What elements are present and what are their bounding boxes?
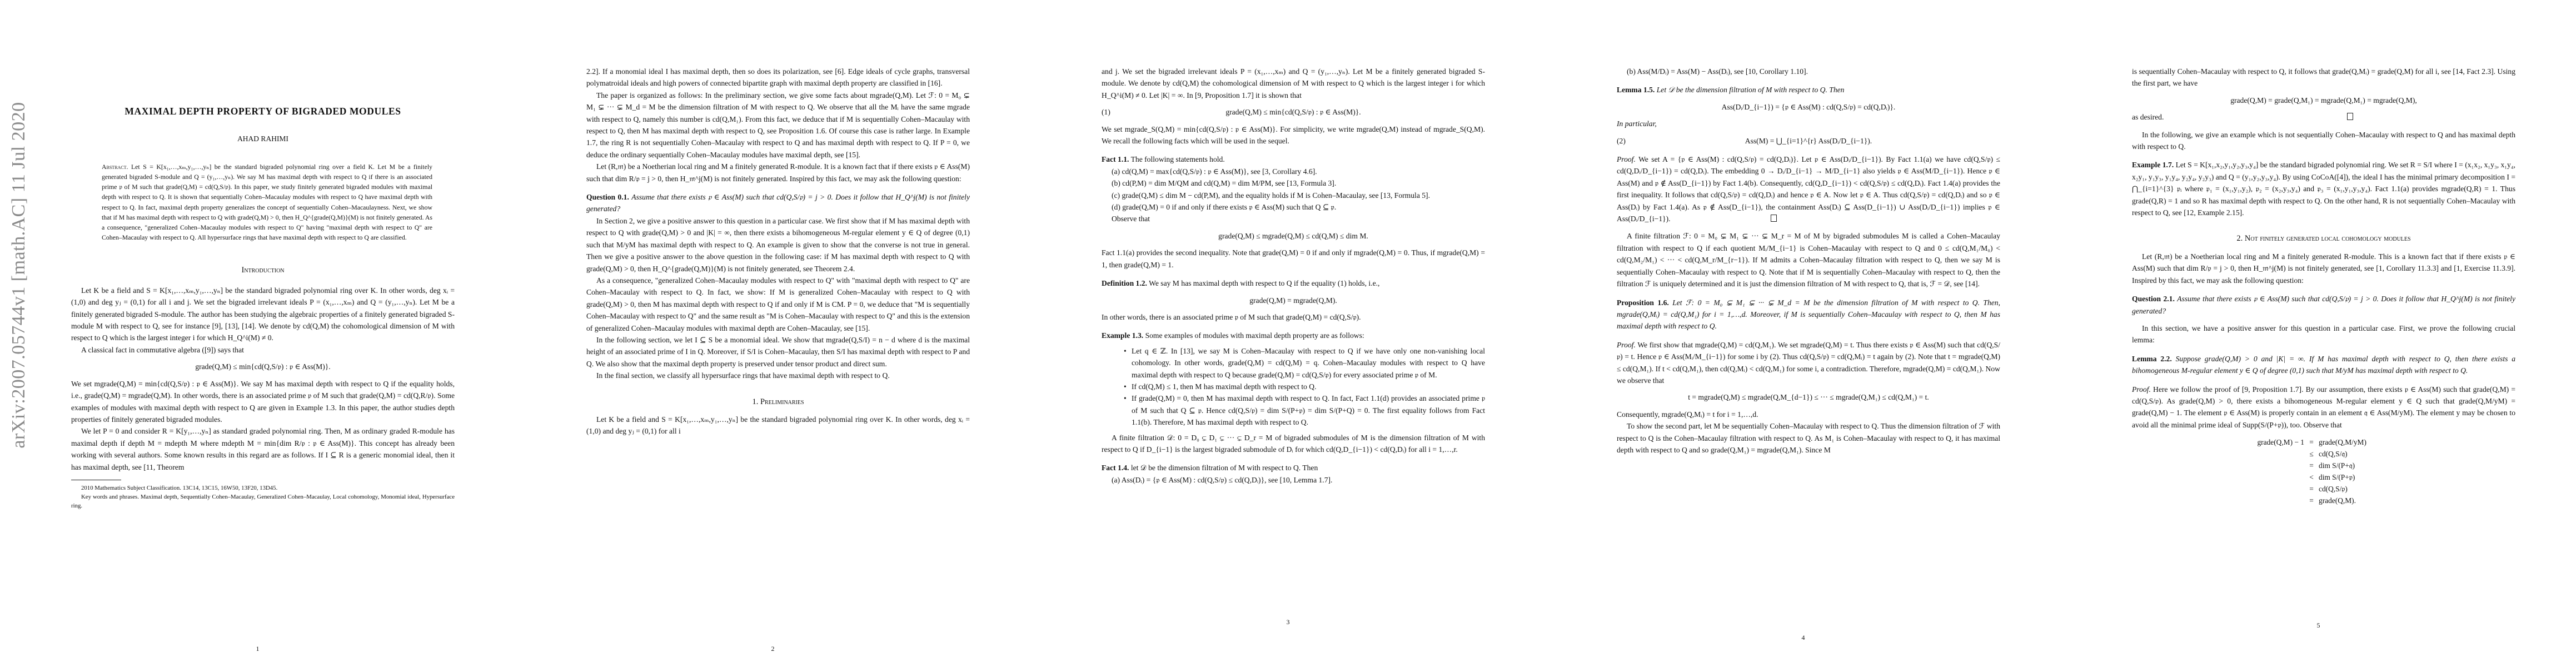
question-0-1: Question 0.1. Assume that there exists 𝔭… (586, 191, 970, 215)
paragraph: In other words, there is an associated p… (1102, 311, 1485, 323)
equation-2: (2)Ass(M) = ⋃_{i=1}^{r} Ass(Dᵢ/D_{i−1}). (1617, 135, 2000, 147)
paragraph: We set mgrade(Q,M) = min{cd(Q,S/𝔭) : 𝔭 ∈… (71, 378, 455, 426)
paragraph: Let (R,𝔪) be a Noetherian local ring and… (2132, 251, 2515, 286)
display-equation: Ass(Dᵢ/D_{i−1}) = {𝔭 ∈ Ass(M) : cd(Q,S/𝔭… (1617, 101, 2000, 113)
question-text: Assume that there exists 𝔭 ∈ Ass(M) such… (586, 193, 970, 213)
page-5: is sequentially Cohen–Macaulay with resp… (2061, 0, 2576, 667)
abstract-label: Abstract. (102, 163, 128, 171)
abstract-text: Let S = K[x₁,…,xₘ,y₁,…,yₙ] be the standa… (102, 163, 432, 241)
display-equation: grade(Q,M) = mgrade(Q,M). (1102, 295, 1485, 306)
page-1-body: MAXIMAL DEPTH PROPERTY OF BIGRADED MODUL… (71, 106, 455, 510)
fact-1-1: Fact 1.1. The following statements hold. (1102, 153, 1485, 165)
page-4: (b) Ass(M/Dᵢ) = Ass(M) − Ass(Dᵢ), see [1… (1546, 0, 2061, 667)
footnote-msc: 2010 Mathematics Subject Classification.… (71, 484, 455, 492)
page-3-body: and j. We set the bigraded irrelevant id… (1102, 66, 1485, 486)
paragraph: A classical fact in commutative algebra … (71, 344, 455, 356)
fact-item-d: (d) grade(Q,M) = 0 if and only if there … (1102, 201, 1485, 213)
paper-title: MAXIMAL DEPTH PROPERTY OF BIGRADED MODUL… (71, 106, 455, 117)
page-number: 4 (1546, 634, 2061, 642)
example-1-7: Example 1.7. Let S = K[x₁,x₂,y₁,y₂,y₃,y₄… (2132, 159, 2515, 218)
paragraph: is sequentially Cohen–Macaulay with resp… (2132, 66, 2515, 89)
paragraph: Consequently, mgrade(Q,Mᵢ) = t for i = 1… (1617, 409, 2000, 420)
paper-author: AHAD RAHIMI (71, 133, 455, 145)
paragraph: In this section, we have a positive answ… (2132, 322, 2515, 346)
paragraph: To show the second part, let M be sequen… (1617, 420, 2000, 456)
paragraph: We let P = 0 and consider R = K[y₁,…,yₙ]… (71, 425, 455, 473)
example-bullet-list: Let q ∈ ℤ. In [13], we say M is Cohen–Ma… (1124, 345, 1485, 429)
equation-number: (1) (1102, 106, 1110, 118)
paragraph: and j. We set the bigraded irrelevant id… (1102, 66, 1485, 101)
footnote-rule (71, 480, 121, 480)
fact-item-b: (b) Ass(M/Dᵢ) = Ass(M) − Ass(Dᵢ), see [1… (1617, 66, 2000, 77)
proof-lemma-2-2: Proof. Here we follow the proof of [9, P… (2132, 384, 2515, 431)
paragraph: Let K be a field and S = K[x₁,…,xₘ,y₁,…,… (71, 285, 455, 344)
fact-1-4: Fact 1.4. let 𝒟 be the dimension filtrat… (1102, 462, 1485, 474)
paragraph: In Section 2, we give a positive answer … (586, 215, 970, 275)
qed-icon (1771, 215, 1777, 222)
bullet-item: If cd(Q,M) ≤ 1, then M has maximal depth… (1124, 381, 1485, 392)
display-equation: grade(Q,M) ≤ min{cd(Q,S/𝔭) : 𝔭 ∈ Ass(M)}… (71, 361, 455, 372)
example-1-3: Example 1.3. Some examples of modules wi… (1102, 330, 1485, 341)
page-2-body: 2.2]. If a monomial ideal I has maximal … (586, 66, 970, 437)
section-heading-2: 2. Not finitely generated local cohomolo… (2132, 233, 2515, 245)
page-number: 3 (1030, 618, 1546, 626)
abstract: Abstract. Let S = K[x₁,…,xₘ,y₁,…,yₙ] be … (102, 162, 432, 243)
bullet-item: If grade(Q,M) = 0, then M has maximal de… (1124, 392, 1485, 428)
page-4-body: (b) Ass(M/Dᵢ) = Ass(M) − Ass(Dᵢ), see [1… (1617, 66, 2000, 456)
aligned-equations: grade(Q,M) − 1=grade(Q,M/yM) ≤cd(Q,S/𝔮) … (2215, 436, 2515, 506)
fact-item-a: (a) Ass(Dᵢ) = {𝔭 ∈ Ass(M) : cd(Q,S/𝔭) ≤ … (1102, 474, 1485, 486)
proof-lemma-1-5: Proof. We set A = {𝔭 ∈ Ass(M) : cd(Q,S/𝔭… (1617, 153, 2000, 225)
fact-item-a: (a) cd(Q,M) = max{cd(Q,S/𝔭) : 𝔭 ∈ Ass(M)… (1102, 166, 1485, 177)
paragraph: In the following section, we let I ⊆ S b… (586, 334, 970, 370)
page-number: 1 (0, 645, 515, 653)
display-equation: t = mgrade(Q,M) ≤ mgrade(Q,M_{d−1}) ≤ ··… (1617, 391, 2000, 403)
lemma-2-2: Lemma 2.2. Suppose grade(Q,M) > 0 and |K… (2132, 353, 2515, 377)
display-equation: grade(Q,M) ≤ mgrade(Q,M) ≤ cd(Q,M) ≤ dim… (1102, 230, 1485, 242)
paragraph: Observe that (1102, 213, 1485, 225)
fact-item-c: (c) grade(Q,M) ≤ dim M − cd(P,M), and th… (1102, 190, 1485, 201)
question-2-1: Question 2.1. Assume that there exists 𝔭… (2132, 293, 2515, 317)
paragraph: Let K be a field and S = K[x₁,…,xₘ,y₁,…,… (586, 414, 970, 437)
definition-1-2: Definition 1.2. We say M has maximal dep… (1102, 277, 1485, 289)
paragraph: Fact 1.1(a) provides the second inequali… (1102, 247, 1485, 271)
proposition-1-6: Proposition 1.6. Let ℱ: 0 = M₀ ⊊ M₁ ⊊ ··… (1617, 297, 2000, 332)
page-3: and j. We set the bigraded irrelevant id… (1030, 0, 1546, 667)
display-equation: grade(Q,M) = grade(Q,M₁) = mgrade(Q,M₁) … (2132, 94, 2515, 106)
paragraph: The paper is organized as follows: In th… (586, 89, 970, 161)
paragraph: As a consequence, "generalized Cohen–Mac… (586, 275, 970, 334)
page-2: 2.2]. If a monomial ideal I has maximal … (515, 0, 1030, 667)
lemma-1-5: Lemma 1.5. Let 𝒟 be the dimension filtra… (1617, 84, 2000, 96)
paragraph: A finite filtration 𝒟: 0 = D₀ ⊊ D₁ ⊊ ···… (1102, 432, 1485, 456)
equation-1: (1)grade(Q,M) ≤ min{cd(Q,S/𝔭) : 𝔭 ∈ Ass(… (1102, 106, 1485, 118)
section-heading-preliminaries: 1. Preliminaries (586, 396, 970, 408)
fact-item-b: (b) cd(P,M) = dim M/QM and cd(Q,M) = dim… (1102, 177, 1485, 189)
proof-proposition-1-6: Proof. We first show that mgrade(Q,M) = … (1617, 339, 2000, 387)
paragraph: as desired. (2132, 111, 2515, 123)
paragraph: In the final section, we classify all hy… (586, 370, 970, 381)
paragraph: Let (R,𝔪) be a Noetherian local ring and… (586, 161, 970, 185)
question-label: Question 0.1. (586, 193, 629, 201)
paragraph: We set mgrade_S(Q,M) = min{cd(Q,S/𝔭) : 𝔭… (1102, 123, 1485, 147)
section-heading-introduction: Introduction (71, 265, 455, 276)
page-number: 5 (2061, 621, 2576, 630)
paragraph: In the following, we give an example whi… (2132, 129, 2515, 153)
page-number: 2 (515, 645, 1030, 653)
page-5-body: is sequentially Cohen–Macaulay with resp… (2132, 66, 2515, 506)
page-1: MAXIMAL DEPTH PROPERTY OF BIGRADED MODUL… (0, 0, 515, 667)
paragraph: A finite filtration ℱ: 0 = M₀ ⊊ M₁ ⊊ ···… (1617, 230, 2000, 290)
bullet-item: Let q ∈ ℤ. In [13], we say M is Cohen–Ma… (1124, 345, 1485, 381)
paragraph: 2.2]. If a monomial ideal I has maximal … (586, 66, 970, 89)
qed-icon (2347, 113, 2353, 120)
paragraph: In particular, (1617, 118, 2000, 130)
footnote-keywords: Key words and phrases. Maximal depth, Se… (71, 492, 455, 510)
